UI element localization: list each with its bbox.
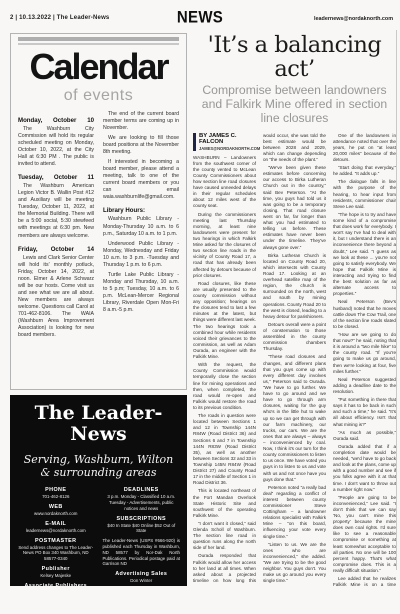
masthead-item-label: PHONE [17,487,95,493]
masthead-item-text: 3 p.m. Monday - Classified 10 a.m. Tuesd… [103,494,181,511]
byline-email: JAMES@NORDAKNORTH.COM [199,146,256,151]
masthead-item: WEBwww.nordaknorth.com [17,504,95,517]
article-paragraph: Peterson noted “a really bad deal” regar… [263,485,326,540]
article-paragraph: The roads in question were located betwe… [193,413,256,486]
article-paragraph: The dialogue falls in line with the purp… [333,179,396,210]
article-paragraph: “Listen to us. We are the ones who are i… [263,542,326,585]
masthead-item-text: leadernews@nordaknorth.com [17,528,95,534]
masthead-item-label: WEB [17,504,95,510]
byline-block: BY JAMES C. FALCON JAMES@NORDAKNORTH.COM [193,133,256,151]
masthead-column-left: PHONE701-462-8126WEBwww.nordaknorth.comE… [17,487,95,586]
article-headline: 'It’s a balancing act’ [193,34,396,81]
calendar-column-2: The end of the current board member term… [103,111,179,343]
article-paragraph: Road closures, like these are usually pr… [193,281,256,360]
article-paragraph: WASHBURN – Landowners from the southwest… [193,155,256,210]
article-paragraph: Neal Peterson (Bev's husband) noted that… [333,299,396,330]
masthead-item: The Leader-News (USPS #666-920) is publi… [103,538,181,567]
column-rule [396,30,397,570]
masthead-item-text: 701-462-8126 [17,494,95,500]
article-paragraph: With the request, the County Commission … [193,362,256,411]
calendar-subtitle: of events [18,87,179,105]
masthead-item-text: Send address changes to The Leader-News … [17,545,95,562]
calendar-entry-text: We are looking to fill those board posit… [103,135,179,156]
article-paragraph: “We've been given these estimates before… [263,165,326,251]
masthead-columns: PHONE701-462-8126WEBwww.nordaknorth.comE… [17,487,180,586]
calendar-entry-heading: Friday, October 14 [18,246,94,253]
masthead-tagline: Serving, Washburn, Wilton & surrounding … [23,453,174,479]
calendar-entry-text: If interested in becoming a board member… [103,159,179,201]
masthead-item: PublisherKelsey Majeske [17,566,95,579]
article-subhead: Compromise between landowners and Falkir… [193,84,396,125]
masthead-item-label: DEADLINES [103,487,181,493]
masthead-item-text: The Leader-News (USPS #666-920) is publi… [103,538,181,567]
calendar-entry-text: The end of the current board member term… [103,111,179,132]
newspaper-page: 2 | 10.13.2022 | The Leader-News NEWS le… [0,0,400,614]
calendar-columns: Monday, October 10The Washburn City Comm… [18,111,179,343]
masthead-item: Advertising SalesDon Winter [103,571,181,584]
masthead-item: PHONE701-462-8126 [17,487,95,500]
calendar-entry-heading: Library Hours: [103,207,179,214]
masthead-item-label: E-MAIL [17,521,95,527]
masthead-item: E-MAILleadernews@nordaknorth.com [17,521,95,534]
article-paragraph: Ourada added that if a completion date w… [333,444,396,493]
article-paragraph: “These road closures and changes, and di… [263,354,326,482]
masthead-item-text: www.nordaknorth.com [17,511,95,517]
calendar-entry-heading: Monday, October 10 [18,117,94,124]
article-body: BY JAMES C. FALCON JAMES@NORDAKNORTH.COM… [193,133,396,589]
calendar-entry-text: Turtle Lake Public Library - Monday and … [103,272,179,314]
masthead-item-text: $40 In State $40 Online $52 Out of State [103,523,181,535]
masthead-title: The Leader-News [17,403,180,445]
masthead-item: POSTMASTERSend address changes to The Le… [17,538,95,562]
masthead-item-label: POSTMASTER [17,538,95,544]
article-paragraph: “I don't want it closed,” said Glenda Sc… [193,521,256,552]
calendar-box: Calendar of events Monday, October 10The… [10,33,187,390]
calendar-top-bar [18,37,179,41]
byline-author: BY JAMES C. FALCON [199,133,256,145]
calendar-entry-text: Washburn Public Library - Monday-Thursda… [103,216,179,237]
masthead-item-label: SUBSCRIPTIONS [103,516,181,522]
article-paragraph: Birka Lutheran Church is located on Coun… [263,253,326,320]
calendar-entry-text: The Washburn American Legion Victor B. W… [18,183,94,240]
article-paragraph: Neal Peterson suggested adding a deadlin… [333,377,396,395]
calendar-entry-text: The Washburn City Commission will hold i… [18,126,94,168]
article-paragraph: During the commissioners meeting last Th… [193,212,256,279]
masthead-item: DEADLINES3 p.m. Monday - Classified 10 a… [103,487,181,511]
calendar-title: Calendar [18,49,179,86]
article-paragraph: “People are going to be inconvenienced,”… [333,495,396,574]
news-article: 'It’s a balancing act’ Compromise betwee… [193,34,396,589]
calendar-top-rule [18,43,179,45]
article-paragraph: “How are we going to do that now?” he sa… [333,332,396,375]
masthead-box: The Leader-News Serving, Washburn, Wilto… [10,395,187,586]
article-paragraph: “As much as possible,” Ourada said. [333,430,396,442]
masthead-column-right: DEADLINES3 p.m. Monday - Classified 10 a… [103,487,181,586]
masthead-item-label: Advertising Sales [103,571,181,577]
masthead-item: SUBSCRIPTIONS$40 In State $40 Online $52… [103,516,181,535]
article-paragraph: This is located northeast of the Fort Ma… [193,488,256,519]
calendar-entry-heading: Tuesday, October 11 [18,174,94,181]
calendar-entry-text: Lewis and Clark Senior Center will hold … [18,255,94,340]
article-paragraph: “Put something in there that says it has… [333,397,396,428]
masthead-item-text: Kelsey Majeske [17,573,95,579]
article-paragraph: “Start doing that everyday,” he added. “… [333,165,396,177]
article-paragraph: One of the landowners in attendance note… [333,133,396,164]
article-paragraph: “The hope is to try and have some kind o… [333,212,396,298]
calendar-entry-text: Underwood Public Library - Monday, Wedne… [103,241,179,269]
masthead-item-text: Don Winter [103,578,181,584]
calendar-column-1: Monday, October 10The Washburn City Comm… [18,111,94,343]
article-paragraph: Detours overall were a point of constern… [263,322,326,353]
masthead-item-label: Associate Publishers [17,583,95,586]
masthead-item-label: Publisher [17,566,95,572]
masthead-item: Associate PublishersKelli Ameling & Alys… [17,583,95,586]
header-email: leadernews@nordaknorth.com [314,16,393,22]
